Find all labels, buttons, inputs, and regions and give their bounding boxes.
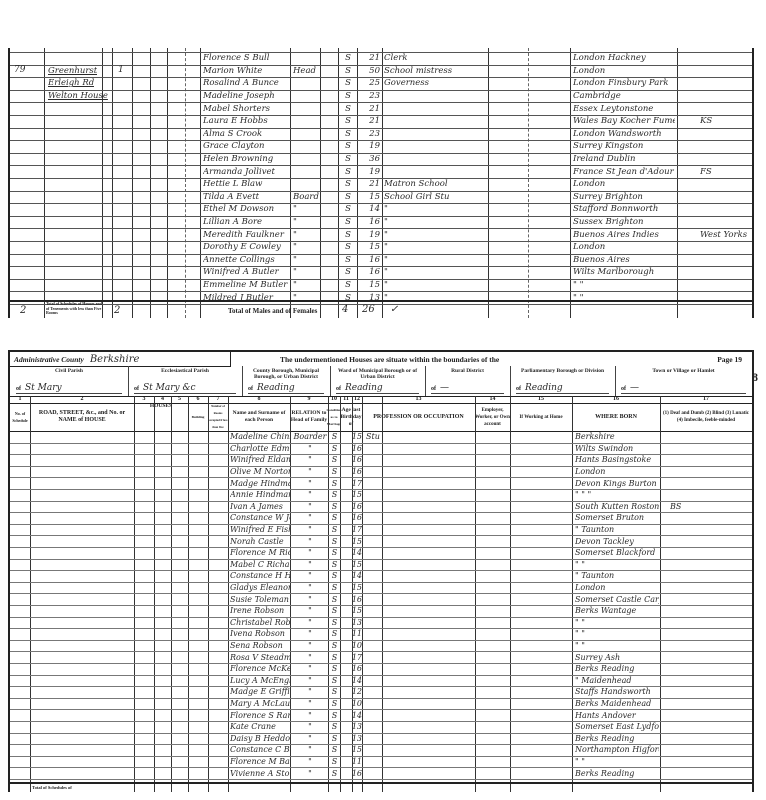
occupation (366, 640, 466, 652)
condition: S (341, 228, 355, 241)
age-female: 19 (360, 140, 380, 153)
person-name: Florence S Bull (203, 52, 289, 65)
infirmity (700, 65, 750, 78)
infirmity (670, 593, 750, 605)
column-header-rooms: Number of Rooms occupied if less than fi… (208, 403, 228, 431)
district-label: Civil Parish (10, 366, 128, 374)
column-number: 8 (228, 396, 290, 402)
relation: " (292, 675, 328, 687)
relation: " (293, 266, 319, 279)
age-female: 16 (360, 216, 380, 229)
infirmity (670, 628, 750, 640)
occupation: " (384, 228, 486, 241)
relation: " (292, 466, 328, 478)
relation: " (292, 663, 328, 675)
birthplace: Buenos Aires (573, 254, 675, 267)
age-female: 21 (360, 115, 380, 128)
condition: S (329, 756, 340, 768)
total-males: 4 (342, 304, 348, 315)
column-header-age: Age last Birthday of (340, 403, 362, 431)
age-female: 21 (360, 102, 380, 115)
table-row: Winifred A Butler"S16"Wilts Marlborough (10, 266, 752, 280)
person-name: Florence M Richards (230, 547, 290, 559)
district-value: of— (431, 382, 504, 394)
condition: S (341, 115, 355, 128)
age-female: 12 (352, 686, 362, 698)
birthplace: Wales Bay Kocher Fumes (573, 115, 675, 128)
occupation (366, 733, 466, 745)
column-number: 5 (171, 396, 188, 402)
person-name: Kate Crane (230, 721, 290, 733)
condition: S (329, 524, 340, 536)
person-name: Marion White (203, 65, 289, 78)
relation: " (292, 477, 328, 489)
birthplace: Devon Kings Burton (575, 477, 659, 489)
district-label: Town or Village or Hamlet (615, 366, 752, 374)
birthplace: Sussex Brighton (573, 216, 675, 229)
relation (293, 115, 319, 128)
person-name: Lucy A McEnglish (230, 675, 290, 687)
birthplace: London Wandsworth (573, 128, 675, 141)
table-row: Helen BrowningS36Ireland Dublin (10, 153, 752, 167)
condition: S (329, 454, 340, 466)
infirmity (700, 140, 750, 153)
column-number: 13 (362, 396, 475, 402)
table-row: Alma S CrookS23London Wandsworth (10, 128, 752, 142)
relation: " (292, 512, 328, 524)
relation (293, 90, 319, 103)
age-female: 13 (352, 721, 362, 733)
occupation (366, 559, 466, 571)
condition: S (329, 535, 340, 547)
infirmity (670, 535, 750, 547)
infirmity (670, 651, 750, 663)
infirmity: FS (700, 165, 750, 178)
person-name: Meredith Faulkner (203, 228, 289, 241)
table-row: Meredith Faulkner"S19"Buenos Aires Indie… (10, 228, 752, 242)
condition: S (329, 443, 340, 455)
infirmity (700, 128, 750, 141)
person-name: Florence McKeoping (230, 663, 290, 675)
condition: S (341, 279, 355, 292)
age-female: 15 (352, 535, 362, 547)
column-number: 2 (30, 396, 134, 402)
birthplace: Surrey Kingston (573, 140, 675, 153)
district-field: Ecclesiastical ParishofSt Mary &c (128, 366, 243, 396)
condition: S (341, 102, 355, 115)
occupation (366, 535, 466, 547)
condition: S (329, 617, 340, 629)
condition: S (329, 582, 340, 594)
age-female: 15 (352, 605, 362, 617)
birthplace: Berks Reading (575, 767, 659, 779)
table-row: Madeline JosephS23Cambridge (10, 90, 752, 104)
birthplace: " Taunton (575, 570, 659, 582)
occupation (366, 593, 466, 605)
person-name: Alma S Crook (203, 128, 289, 141)
occupation (366, 582, 466, 594)
column-header-houses: HOUSES (134, 403, 188, 431)
infirmity (700, 203, 750, 216)
age-female: 15 (352, 582, 362, 594)
person-name: Constance H Haudon (230, 570, 290, 582)
age-female: 15 (352, 489, 362, 501)
relation: " (292, 640, 328, 652)
table-row: Annette Collings"S16"Buenos Aires (10, 254, 752, 268)
person-name: Ethel M Dowson (203, 203, 289, 216)
district-label: County Borough, Municipal Borough, or Ur… (242, 366, 330, 380)
condition: S (341, 254, 355, 267)
occupation (366, 466, 466, 478)
column-number: 17 (660, 396, 752, 402)
age-female: 16 (352, 501, 362, 513)
column-header-schedule: No. of Schedule (10, 403, 30, 431)
relation: " (292, 570, 328, 582)
infirmity (670, 733, 750, 745)
occupation: Governess (384, 77, 486, 90)
condition: S (341, 128, 355, 141)
district-value: ofSt Mary (16, 382, 122, 394)
birthplace: Cambridge (573, 90, 675, 103)
birthplace: " " " (575, 489, 659, 501)
district-value: ofReading (248, 382, 324, 394)
birthplace: London (575, 466, 659, 478)
infirmity (670, 617, 750, 629)
person-name: Hettie L Blaw (203, 178, 289, 191)
district-value-text: — (440, 383, 449, 393)
age-female: 15 (352, 744, 362, 756)
age-female: 14 (352, 547, 362, 559)
occupation (366, 454, 466, 466)
person-name: Ivan A James (230, 501, 290, 513)
person-name: Florence S Ranger (230, 709, 290, 721)
birthplace: " " (575, 640, 659, 652)
person-name: Irene Robson (230, 605, 290, 617)
birthplace: Ireland Dublin (573, 153, 675, 166)
age-female: 16 (352, 443, 362, 455)
person-name: Norah Castle (230, 535, 290, 547)
district-value: ofSt Mary &c (134, 382, 236, 394)
person-name: Winifred A Butler (203, 266, 289, 279)
infirmity (700, 178, 750, 191)
age-female: 19 (360, 165, 380, 178)
infirmity (670, 582, 750, 594)
address-line: Welton House (48, 91, 108, 101)
person-name: Constance C Barr (230, 744, 290, 756)
occupation: " (384, 254, 486, 267)
condition: S (329, 640, 340, 652)
person-name: Tilda A Evett (203, 191, 289, 204)
infirmity (670, 559, 750, 571)
person-name: Grace Clayton (203, 140, 289, 153)
birthplace: Devon Tackley (575, 535, 659, 547)
birthplace: Wilts Marlborough (573, 266, 675, 279)
age-female: 16 (360, 254, 380, 267)
person-name: Sena Robson (230, 640, 290, 652)
person-name: Daisy B Heddon (230, 733, 290, 745)
person-name: Mabel Shorters (203, 102, 289, 115)
occupation: " (384, 279, 486, 292)
district-prefix: of (16, 386, 21, 392)
condition: S (329, 663, 340, 675)
infirmity (670, 640, 750, 652)
birthplace: Berks Reading (575, 663, 659, 675)
district-label: Ecclesiastical Parish (128, 366, 242, 374)
condition: S (329, 605, 340, 617)
condition: S (329, 733, 340, 745)
person-name: Winifred E Fisher (230, 524, 290, 536)
person-name: Madeline Joseph (203, 90, 289, 103)
column-header-building: Building (188, 403, 208, 431)
district-value-text: Reading (345, 383, 383, 393)
infirmity (670, 431, 750, 443)
side-mark: 8 (752, 370, 758, 385)
condition: S (329, 489, 340, 501)
infirmity (700, 90, 750, 103)
age-female: 11 (352, 756, 362, 768)
table-row: Rosalind A BunceS25GovernessLondon Finsb… (10, 77, 752, 91)
birthplace: Hants Basingstoke (575, 454, 659, 466)
district-value: ofReading (516, 382, 609, 394)
condition: S (329, 744, 340, 756)
infirmity (670, 744, 750, 756)
birthplace: Berks Maidenhead (575, 698, 659, 710)
condition: S (341, 153, 355, 166)
district-value-text: St Mary &c (143, 383, 196, 393)
relation: " (293, 203, 319, 216)
infirmity (670, 454, 750, 466)
column-headers: No. of ScheduleROAD, STREET, &c., and No… (10, 403, 752, 432)
column-number: 10 (328, 396, 340, 402)
district-prefix: of (431, 386, 436, 392)
relation: Boarder (293, 191, 319, 204)
birthplace: Wilts Swindon (575, 443, 659, 455)
infirmity: KS (700, 115, 750, 128)
table-row: Laura E HobbsS21Wales Bay Kocher FumesKS (10, 115, 752, 129)
relation: " (292, 756, 328, 768)
age-female: 16 (352, 767, 362, 779)
condition: S (329, 698, 340, 710)
person-name: Olive M Norton (230, 466, 290, 478)
total-tick: ✓ (390, 304, 398, 315)
occupation: Clerk (384, 52, 486, 65)
person-name: Madge Hindmarsh (230, 477, 290, 489)
infirmity (700, 266, 750, 279)
person-name: Florence M Barr (230, 756, 290, 768)
infirmity (670, 756, 750, 768)
occupation (366, 477, 466, 489)
column-header-where-born: WHERE BORN (572, 403, 660, 431)
age-female: 10 (352, 640, 362, 652)
occupation (366, 686, 466, 698)
condition: S (329, 570, 340, 582)
birthplace: Buenos Aires Indies (573, 228, 675, 241)
relation: " (292, 535, 328, 547)
relation: " (292, 443, 328, 455)
relation (293, 178, 319, 191)
birthplace: Staffs Handsworth (575, 686, 659, 698)
age-female: 15 (360, 191, 380, 204)
infirmity (700, 191, 750, 204)
birthplace: London Hackney (573, 52, 675, 65)
district-prefix: of (248, 386, 253, 392)
table-row: Grace ClaytonS19Surrey Kingston (10, 140, 752, 154)
person-name: Emmeline M Butler (203, 279, 289, 292)
occupation (366, 663, 466, 675)
age-female: 10 (352, 698, 362, 710)
occupation (366, 501, 466, 513)
condition: S (329, 547, 340, 559)
person-name: Mabel C Richards (230, 559, 290, 571)
birthplace: Northampton Higford (575, 744, 659, 756)
infirmity (700, 254, 750, 267)
person-name: Ivena Robson (230, 628, 290, 640)
column-number: 6 (188, 396, 208, 402)
birthplace: South Kutten Roston (575, 501, 659, 513)
occupation (366, 617, 466, 629)
column-header-name: Name and Surname of each Person (228, 403, 290, 431)
occupation (366, 767, 466, 779)
occupation (384, 102, 486, 115)
birthplace: " " (575, 617, 659, 629)
district-value: of— (621, 382, 746, 394)
condition: S (329, 477, 340, 489)
table-row: Dorothy E Cowley"S15"London (10, 241, 752, 255)
age-female: 14 (352, 570, 362, 582)
relation (293, 77, 319, 90)
occupation (366, 651, 466, 663)
column-header-road: ROAD, STREET, &c., and No. or NAME of HO… (30, 403, 134, 431)
birthplace: Somerset Castle Cary (575, 593, 659, 605)
column-header-working-home: If Working at Home (510, 403, 572, 431)
occupation (366, 524, 466, 536)
birthplace: " " (573, 279, 675, 292)
address-line: Greenhurst (48, 66, 97, 76)
condition: S (341, 216, 355, 229)
birthplace: London (573, 241, 675, 254)
column-number: 3 (134, 396, 154, 402)
birthplace: " " (575, 628, 659, 640)
relation: " (292, 582, 328, 594)
district-header: Civil ParishofSt MaryEcclesiastical Pari… (10, 366, 752, 397)
district-field: County Borough, Municipal Borough, or Ur… (242, 366, 331, 396)
relation (293, 128, 319, 141)
birthplace: London (575, 582, 659, 594)
column-number: 16 (572, 396, 660, 402)
person-name: Vivienne A Stone (230, 767, 290, 779)
occupation: School mistress (384, 65, 486, 78)
district-field: Parliamentary Borough or DivisionofReadi… (510, 366, 616, 396)
schedule-number: 79 (14, 65, 25, 75)
occupation (384, 90, 486, 103)
occupation (366, 698, 466, 710)
infirmity (700, 241, 750, 254)
age-female: 36 (360, 153, 380, 166)
condition: S (341, 241, 355, 254)
relation: " (292, 686, 328, 698)
occupation (366, 709, 466, 721)
birthplace: " Taunton (575, 524, 659, 536)
total-persons-label: Total of Males and of Females (228, 307, 317, 315)
person-name: Laura E Hobbs (203, 115, 289, 128)
person-name: Annette Collings (203, 254, 289, 267)
age-female: 16 (352, 466, 362, 478)
admin-county-label: Administrative County (14, 355, 84, 364)
occupation: Stu (366, 431, 466, 443)
total-houses: 2 (114, 305, 120, 316)
condition: S (341, 140, 355, 153)
relation: " (292, 559, 328, 571)
intro-text: The undermentioned Houses are situate wi… (280, 355, 499, 364)
infirmity (670, 570, 750, 582)
footer-row: Total of Schedules of (10, 782, 752, 794)
occupation (366, 675, 466, 687)
table-row: Florence S BullS21ClerkLondon Hackney (10, 52, 752, 66)
birthplace: Hants Andover (575, 709, 659, 721)
condition: S (341, 52, 355, 65)
table-row: Hettie L BlawS21Matron SchoolLondon (10, 178, 752, 192)
person-name: Madge E Griffiths (230, 686, 290, 698)
birthplace: Berkshire (575, 431, 659, 443)
table-row: Armanda JollivetS19France St Jean d'Adou… (10, 165, 752, 179)
occupation (366, 443, 466, 455)
column-number: 12 (352, 396, 362, 402)
page-label: Page (717, 355, 732, 364)
relation: " (293, 216, 319, 229)
district-value-text: — (630, 383, 639, 393)
person-name: Annie Hindmarsh (230, 489, 290, 501)
column-number: 4 (154, 396, 171, 402)
column-number: 11 (340, 396, 352, 402)
occupation: " (384, 266, 486, 279)
district-field: Rural Districtof— (425, 366, 511, 396)
age-female: 15 (352, 431, 362, 443)
district-prefix: of (516, 386, 521, 392)
occupation (384, 153, 486, 166)
birthplace: Stafford Bonnworth (573, 203, 675, 216)
person-name: Madeline Chinkert (230, 431, 290, 443)
infirmity (670, 721, 750, 733)
occupation (366, 512, 466, 524)
column-number: 15 (510, 396, 572, 402)
infirmity: West Yorks (700, 228, 750, 241)
infirmity (670, 477, 750, 489)
age-female: 13 (352, 617, 362, 629)
age-female: 15 (352, 559, 362, 571)
relation (293, 153, 319, 166)
age-female: 25 (360, 77, 380, 90)
age-female: 16 (360, 266, 380, 279)
district-value-text: Reading (525, 383, 563, 393)
occupation (384, 140, 486, 153)
person-name: Armanda Jollivet (203, 165, 289, 178)
condition: S (329, 501, 340, 513)
column-header-employer: Employer, Worker, or Own account (475, 403, 510, 431)
district-label: Parliamentary Borough or Division (510, 366, 615, 374)
age-female: 11 (352, 628, 362, 640)
age-female: 15 (360, 279, 380, 292)
infirmity (700, 102, 750, 115)
person-name: Mary A McLaughlin (230, 698, 290, 710)
relation: Head (293, 65, 319, 78)
relation: " (292, 605, 328, 617)
birthplace: Surrey Brighton (573, 191, 675, 204)
person-name: Rosalind A Bunce (203, 77, 289, 90)
condition: S (329, 431, 340, 443)
district-label: Ward of Municipal Borough or of Urban Di… (330, 366, 425, 380)
person-name: Dorothy E Cowley (203, 241, 289, 254)
infirmity (700, 279, 750, 292)
